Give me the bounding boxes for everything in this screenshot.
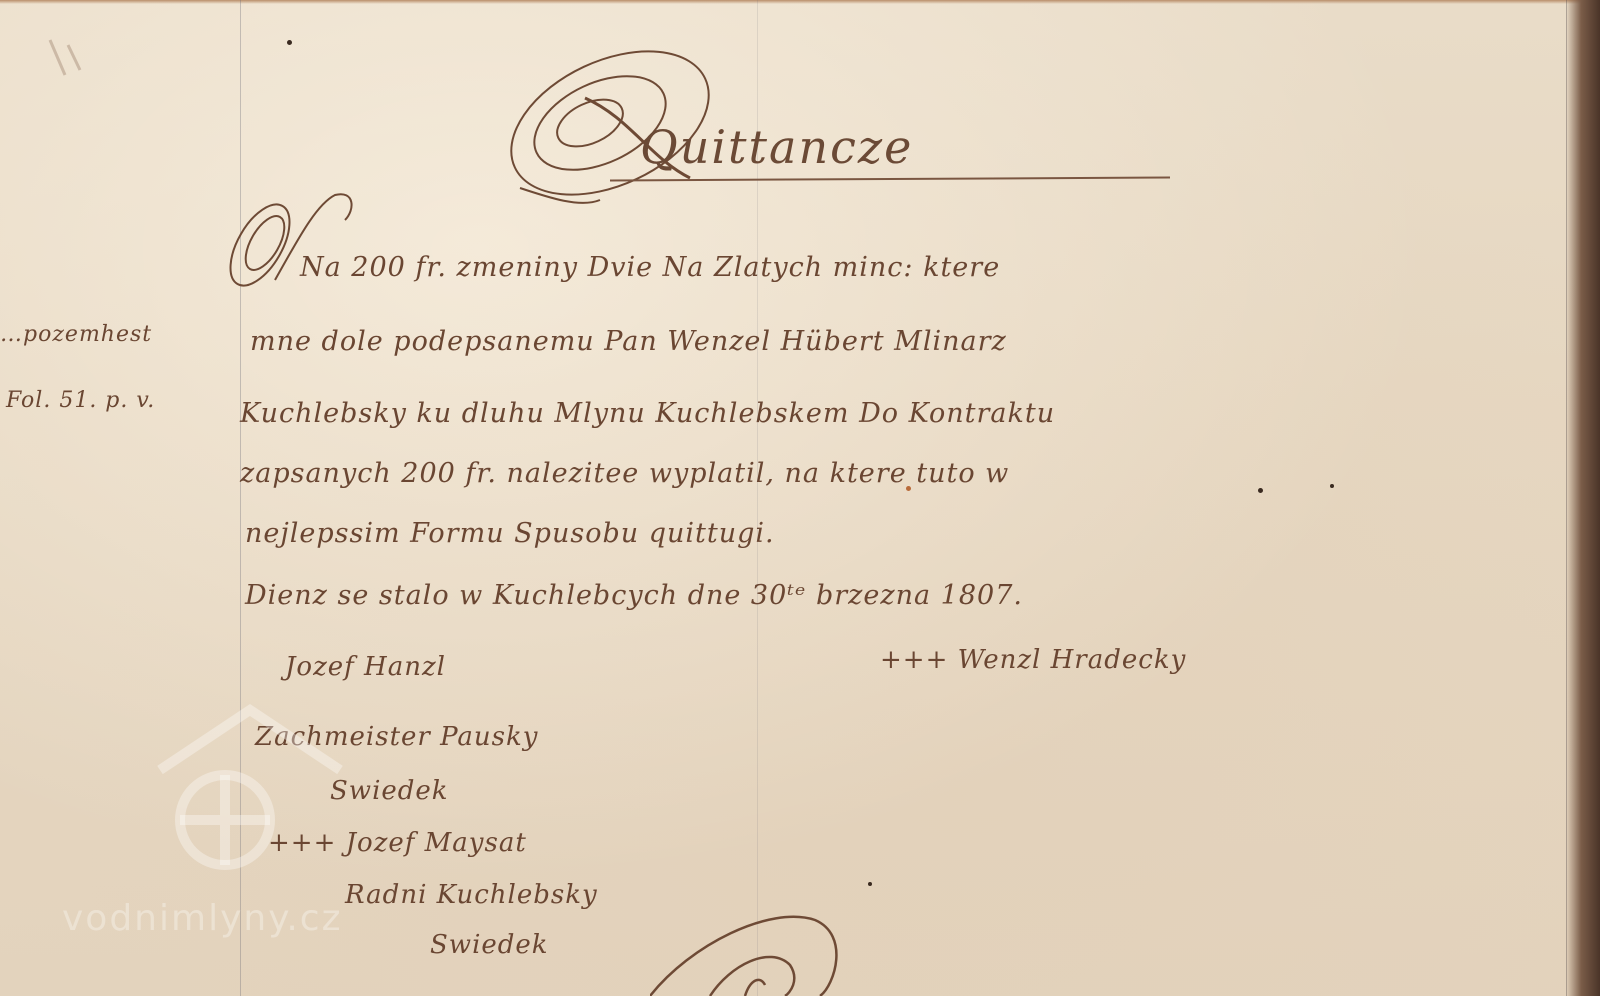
ink-speck — [1330, 484, 1334, 488]
bottom-flourish-icon — [650, 905, 850, 996]
signature-witness-1-name: Jozef Hanzl — [285, 652, 446, 682]
body-line-5: nejlepssim Formu Spusobu quittugi. — [245, 518, 775, 549]
book-binding-edge — [1566, 0, 1600, 996]
pencil-mark-icon — [40, 30, 120, 90]
signature-witness-2-label: Swiedek — [430, 930, 549, 960]
initial-flourish-n-icon — [205, 185, 375, 305]
ink-speck — [287, 40, 292, 45]
body-line-3: Kuchlebsky ku dluhu Mlynu Kuchlebskem Do… — [240, 398, 1055, 429]
rust-spot — [906, 486, 911, 491]
body-line-1: Na 200 fr. zmeniny Dvie Na Zlatych minc:… — [300, 252, 1000, 283]
body-line-4: zapsanych 200 fr. nalezitee wyplatil, na… — [240, 458, 1009, 489]
margin-note-register: …pozemhest — [0, 322, 152, 347]
ink-speck — [1258, 488, 1263, 493]
document-title: Quittancze — [640, 120, 913, 174]
date-line: Dienz se stalo w Kuchlebcych dne 30ᵗᵉ br… — [245, 580, 1023, 611]
signature-witness-2-role: Radni Kuchlebsky — [345, 880, 598, 910]
ink-speck — [868, 882, 872, 886]
watermark-text: vodnimlyny.cz — [62, 898, 343, 939]
mill-logo-icon — [150, 700, 350, 880]
right-ruling-line — [1566, 0, 1567, 996]
margin-note-folio: Fol. 51. p. v. — [6, 388, 155, 413]
body-line-2: mne dole podepsanemu Pan Wenzel Hübert M… — [250, 326, 1007, 357]
signature-payer: +++ Wenzl Hradecky — [880, 645, 1186, 675]
parchment-page: Quittancze …pozemhest Fol. 51. p. v. Na … — [0, 0, 1600, 996]
